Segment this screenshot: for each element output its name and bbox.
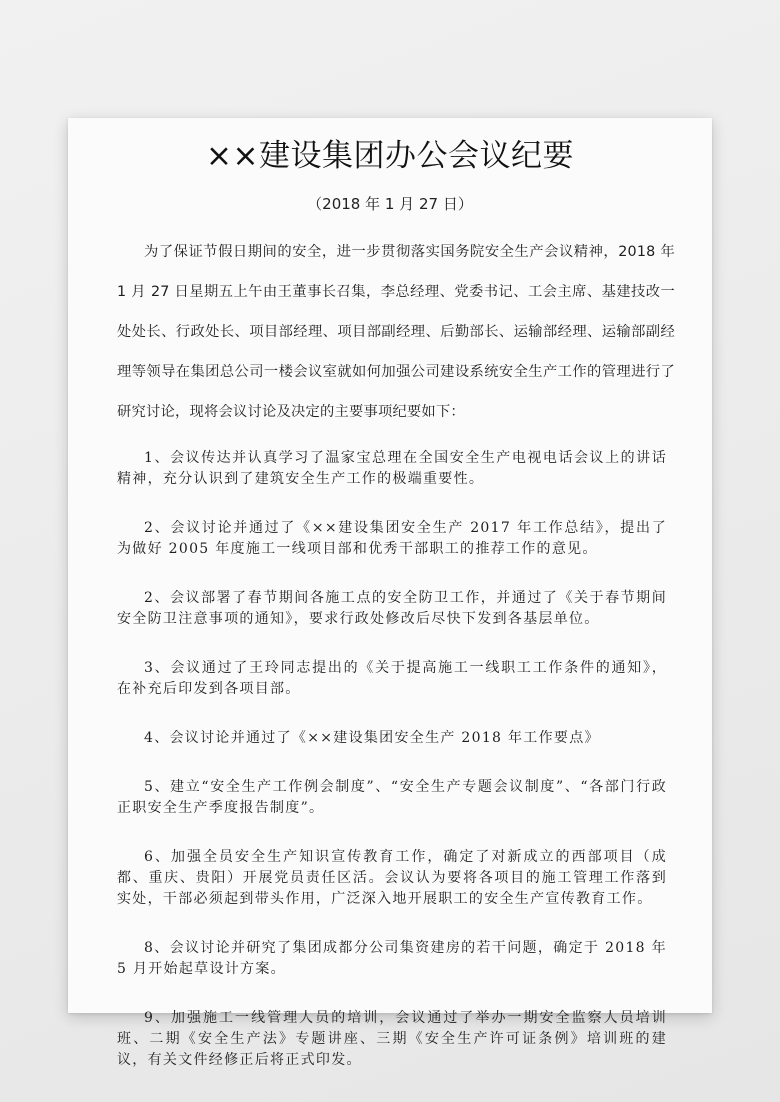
- minutes-item: 2、会议讨论并通过了《××建设集团安全生产 2017 年工作总结》，提出了为做好…: [117, 518, 667, 560]
- minutes-item: 2、会议部署了春节期间各施工点的安全防卫工作，并通过了《关于春节期间安全防卫注意…: [117, 588, 667, 630]
- minutes-item: 3、会议通过了王玲同志提出的《关于提高施工一线职工工作条件的通知》，在补充后印发…: [117, 658, 667, 700]
- minutes-items-list: 1、会议传达并认真学习了温家宝总理在全国安全生产电视电话会议上的讲话精神，充分认…: [117, 448, 667, 1099]
- minutes-item: 6、加强全员安全生产知识宣传教育工作，确定了对新成立的西部项目（成都、重庆、贵阳…: [117, 847, 667, 910]
- intro-paragraph: 为了保证节假日期间的安全，进一步贯彻落实国务院安全生产会议精神，2018 年 1…: [117, 232, 675, 432]
- document-title: ××建设集团办公会议纪要: [68, 136, 712, 176]
- minutes-item: 9、加强施工一线管理人员的培训，会议通过了举办一期安全监察人员培训班、二期《安全…: [117, 1008, 667, 1071]
- minutes-item: 4、会议讨论并通过了《××建设集团安全生产 2018 年工作要点》: [117, 728, 667, 749]
- minutes-item: 5、建立“安全生产工作例会制度”、“安全生产专题会议制度”、“各部门行政正职安全…: [117, 777, 667, 819]
- document-date: （2018 年 1 月 27 日）: [68, 194, 712, 214]
- document-page: ××建设集团办公会议纪要 （2018 年 1 月 27 日） 为了保证节假日期间…: [68, 118, 712, 1013]
- minutes-item: 8、会议讨论并研究了集团成都分公司集资建房的若干问题，确定于 2018 年 5 …: [117, 938, 667, 980]
- minutes-item: 1、会议传达并认真学习了温家宝总理在全国安全生产电视电话会议上的讲话精神，充分认…: [117, 448, 667, 490]
